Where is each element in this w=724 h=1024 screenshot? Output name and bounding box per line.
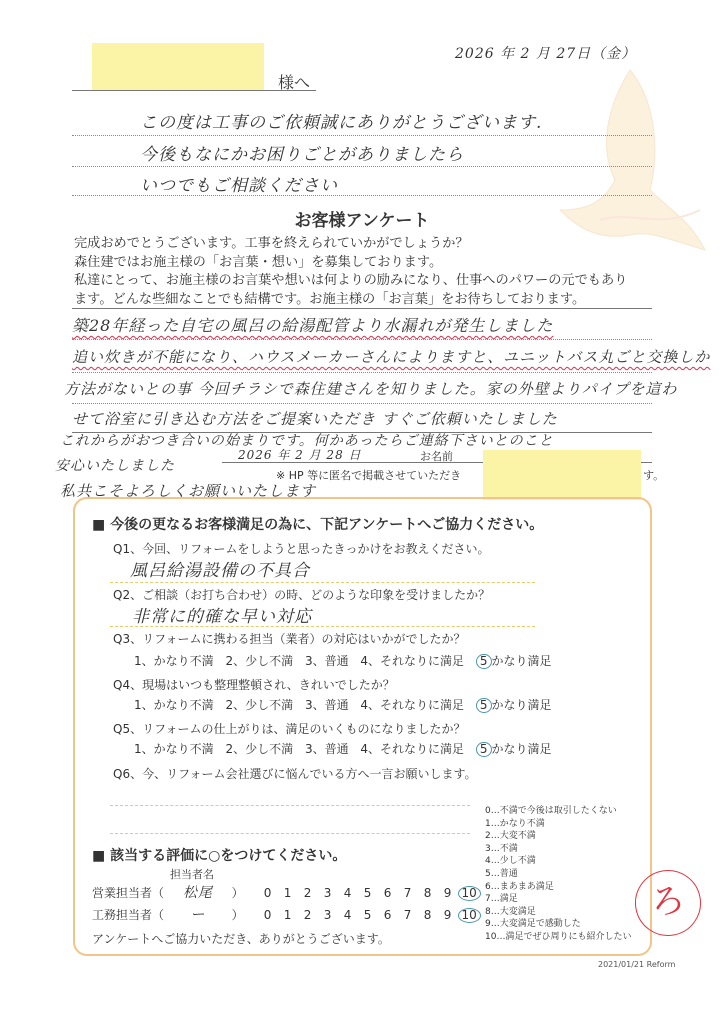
staff-name-header: 担当者名 xyxy=(170,866,214,882)
sales-score-0[interactable]: 0 xyxy=(258,886,278,900)
handwritten-date: 2026 年 2 月 27日（金） xyxy=(455,43,636,63)
construction-score-7[interactable]: 7 xyxy=(398,908,418,922)
intro-line-3: 私達にとって、お施主様のお言葉や想いは何よりの励みになり、仕事へのパワーの元でも… xyxy=(74,272,627,291)
q5-option-4[interactable]: 4、それなりに満足 xyxy=(360,742,464,756)
q5-option-5-label: かなり満足 xyxy=(492,742,552,756)
sales-score-7[interactable]: 7 xyxy=(398,886,418,900)
q3-option-2[interactable]: 2、少し不満 xyxy=(225,654,293,668)
q3-option-5-label: かなり満足 xyxy=(492,654,552,668)
construction-staff-name: ー xyxy=(168,904,228,924)
legend-7: 7…満足 xyxy=(485,893,631,906)
construction-score-3[interactable]: 3 xyxy=(318,908,338,922)
construction-score-9[interactable]: 9 xyxy=(438,908,458,922)
message-line-2: 今後もなにかお困りごとがありましたら xyxy=(140,140,464,165)
message-line-1: この度は工事のご依頼誠にありがとうございます. xyxy=(140,108,542,133)
comment-rule-1 xyxy=(72,339,652,340)
message-line-3: いつでもご相談ください xyxy=(140,171,338,196)
q3-option-1[interactable]: 1、かなり不満 xyxy=(134,654,214,668)
q4-options: 1、かなり不満 2、少し不満 3、普通 4、それなりに満足 5かなり満足 xyxy=(134,696,552,713)
sales-scale: 012345678910 xyxy=(258,886,481,900)
q2-label: Q2、ご相談（お打ち合わせ）の時、どのような印象を受けましたか？ xyxy=(113,586,490,603)
construction-score-0[interactable]: 0 xyxy=(258,908,278,922)
construction-score-4[interactable]: 4 xyxy=(338,908,358,922)
q2-answer-rule xyxy=(110,626,535,627)
legend-2: 2…大変不満 xyxy=(485,830,631,843)
sales-score-6[interactable]: 6 xyxy=(378,886,398,900)
q5-option-1[interactable]: 1、かなり不満 xyxy=(134,742,214,756)
name-redaction xyxy=(483,450,641,500)
questionnaire-heading: ■ 今後の更なるお客様満足の為に、下記アンケートへご協力ください。 xyxy=(92,514,543,534)
q5-option-2[interactable]: 2、少し不満 xyxy=(225,742,293,756)
survey-title: お客様アンケート xyxy=(0,206,724,231)
q3-option-3[interactable]: 3、普通 xyxy=(305,654,349,668)
sales-score-8[interactable]: 8 xyxy=(418,886,438,900)
q1-answer-rule xyxy=(110,582,535,583)
construction-scale: 012345678910 xyxy=(258,908,481,922)
q4-option-4[interactable]: 4、それなりに満足 xyxy=(360,698,464,712)
thanks-message: アンケートへご協力いただき、ありがとうございます。 xyxy=(92,930,390,947)
q3-option-5-selected[interactable]: 5 xyxy=(476,654,492,669)
intro-paragraph: 完成おめでとうございます。工事を終えられていかがでしょうか？ 森住建ではお施主様… xyxy=(74,235,627,309)
sales-score-1[interactable]: 1 xyxy=(278,886,298,900)
addressee-underline xyxy=(72,90,316,91)
addressee-redaction xyxy=(92,43,264,91)
sales-score-2[interactable]: 2 xyxy=(298,886,318,900)
legend-6: 6…まあまあ満足 xyxy=(485,881,631,894)
message-rule-2 xyxy=(72,166,652,167)
sales-score-5[interactable]: 5 xyxy=(358,886,378,900)
q4-label: Q4、現場はいつも整理整頓され、きれいでしたか？ xyxy=(113,676,395,693)
construction-score-8[interactable]: 8 xyxy=(418,908,438,922)
construction-role-close: ） xyxy=(232,908,244,922)
intro-line-2: 森住建ではお施主様の「お言葉・想い」を募集しております。 xyxy=(74,254,627,273)
comment-line-1: 築28年経った自宅の風呂の給湯配管より水漏れが発生しました xyxy=(72,313,553,336)
q3-option-4[interactable]: 4、それなりに満足 xyxy=(360,654,464,668)
legend-1: 1…かなり不満 xyxy=(485,818,631,831)
sales-score-4[interactable]: 4 xyxy=(338,886,358,900)
rating-row-sales: 営業担当者（ 松尾 ） 012345678910 xyxy=(92,882,481,902)
footer-version: 2021/01/21 Reform xyxy=(598,960,675,969)
message-rule-1 xyxy=(72,135,652,136)
q6-answer-rule-2 xyxy=(110,833,470,834)
comment-rule-2 xyxy=(72,372,652,373)
q4-option-5-label: かなり満足 xyxy=(492,698,552,712)
message-rule-3 xyxy=(72,195,652,196)
q6-label: Q6、今、リフォーム会社選びに悩んでいる方へ一言お願いします。 xyxy=(113,765,477,782)
q1-answer: 風呂給湯設備の不具合 xyxy=(130,556,310,581)
comment-line-2: 追い炊きが不能になり、ハウスメーカーさんによりますと、ユニットバス丸ごと交換しか xyxy=(72,346,710,367)
q4-option-1[interactable]: 1、かなり不満 xyxy=(134,698,214,712)
comment-line-3-text: 方法がないとの事 今回チラシで森住建さんを知りました。家の外壁よりパイプを這わ xyxy=(64,380,677,398)
comment-line-4: せて浴室に引き込む方法をご提案いただき すぐご依頼いたしました xyxy=(72,408,558,429)
legend-8: 8…大変満足 xyxy=(485,906,631,919)
q6-answer-rule-1 xyxy=(110,805,470,806)
sales-score-10-selected[interactable]: 10 xyxy=(458,886,481,901)
sales-role-label: 営業担当者（ xyxy=(92,886,164,900)
rating-legend: 0…不満で今後は取引したくない 1…かなり不満 2…大変不満 3…不満 4…少し… xyxy=(485,805,631,944)
q2-answer: 非常に的確な早い対応 xyxy=(132,602,312,627)
legend-5: 5…普通 xyxy=(485,868,631,881)
construction-role-label: 工務担当者（ xyxy=(92,908,164,922)
comment-line-2-text: 追い炊きが不能になり、ハウスメーカーさんによりますと、ユニットバス丸ごと交換しか xyxy=(72,348,710,366)
comment-rule-3 xyxy=(72,403,652,404)
construction-score-10-selected[interactable]: 10 xyxy=(458,908,481,923)
comment-line-1-text: 築28年経った自宅の風呂の給湯配管より水漏れが発生しました xyxy=(72,316,553,335)
anonymous-notice: ※ HP 等に匿名で掲載させていただき xyxy=(276,467,461,483)
signature-date: 2026 年 2 月 28 日 xyxy=(238,446,362,463)
legend-9: 9…大変満足で感動した xyxy=(485,918,631,931)
q5-option-5-selected[interactable]: 5 xyxy=(476,742,492,757)
legend-3: 3…不満 xyxy=(485,843,631,856)
q4-option-2[interactable]: 2、少し不満 xyxy=(225,698,293,712)
q5-options: 1、かなり不満 2、少し不満 3、普通 4、それなりに満足 5かなり満足 xyxy=(134,740,552,757)
rating-row-construction: 工務担当者（ ー ） 012345678910 xyxy=(92,904,481,924)
anonymous-notice-end: す。 xyxy=(643,467,664,483)
construction-score-2[interactable]: 2 xyxy=(298,908,318,922)
q5-label: Q5、リフォームの仕上がりは、満足のいくものになりましたか？ xyxy=(113,720,465,737)
intro-line-1: 完成おめでとうございます。工事を終えられていかがでしょうか？ xyxy=(74,235,627,254)
construction-score-6[interactable]: 6 xyxy=(378,908,398,922)
sales-score-9[interactable]: 9 xyxy=(438,886,458,900)
rating-heading: ■ 該当する評価に○をつけてください。 xyxy=(92,845,346,865)
q4-option-3[interactable]: 3、普通 xyxy=(305,698,349,712)
q3-label: Q3、リフォームに携わる担当（業者）の対応はいかがでしたか？ xyxy=(113,630,465,647)
sales-score-3[interactable]: 3 xyxy=(318,886,338,900)
q5-option-3[interactable]: 3、普通 xyxy=(305,742,349,756)
legend-10: 10…満足でぜひ周りにも紹介したい xyxy=(485,931,631,944)
construction-score-5[interactable]: 5 xyxy=(358,908,378,922)
comment-line-3: 方法がないとの事 今回チラシで森住建さんを知りました。家の外壁よりパイプを這わ xyxy=(64,378,677,399)
sales-role-close: ） xyxy=(232,886,244,900)
q3-options: 1、かなり不満 2、少し不満 3、普通 4、それなりに満足 5かなり満足 xyxy=(134,652,552,669)
legend-0: 0…不満で今後は取引したくない xyxy=(485,805,631,818)
comment-top-rule xyxy=(72,308,652,309)
intro-line-4: ます。どんな些細なことでも結構です。お施主様の「お言葉」をお待ちしております。 xyxy=(74,291,627,310)
construction-score-1[interactable]: 1 xyxy=(278,908,298,922)
q1-label: Q1、今回、リフォームをしようと思ったきっかけをお教えください。 xyxy=(113,540,489,557)
comment-line-6: 安心いたしました xyxy=(55,455,175,475)
q4-option-5-selected[interactable]: 5 xyxy=(476,698,492,713)
legend-4: 4…少し不満 xyxy=(485,855,631,868)
sales-staff-name: 松尾 xyxy=(168,882,228,902)
